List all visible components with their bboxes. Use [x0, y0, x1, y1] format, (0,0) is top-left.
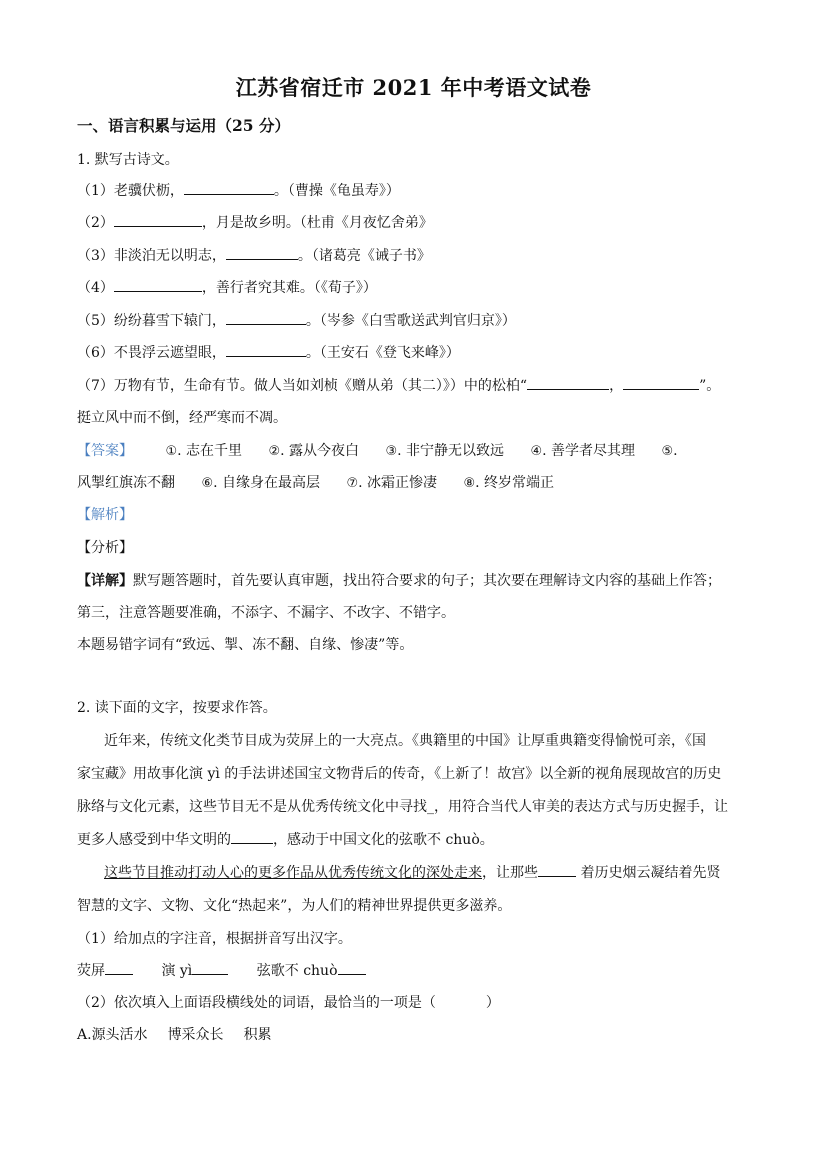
underlined-sentence: 这些节目推动打动人心的更多作品从优秀传统文化的深处走来	[104, 865, 482, 881]
detail-line-3: 本题易错字词有“致远、掣、冻不翻、自缘、惨凄”等。	[77, 634, 413, 654]
item-post: 。（岑参《白雪歌送武判官归京》）	[306, 313, 516, 329]
item-pre: （2）	[77, 215, 114, 231]
q1-item-6: （6）不畏浮云遮望眼，。（王安石《登飞来峰》）	[77, 342, 460, 362]
fill-blank	[527, 375, 609, 390]
passage-line: 近年来，传统文化类节目成为荧屏上的一大亮点。《典籍里的中国》让厚重典籍变得愉悦可…	[104, 730, 706, 750]
answer-line-2: 风掣红旗冻不翻 ⑥. 自缘身在最高层 ⑦. 冰霜正惨凄 ⑧. 终岁常端正	[77, 472, 554, 492]
item-post: 。（曹操《龟虽寿》）	[274, 183, 400, 199]
item-post: ，善行者究其难。（《荀子》）	[202, 280, 377, 296]
item-post: 。（王安石《登飞来峰》）	[306, 345, 460, 361]
answer-label: 【答案】	[77, 443, 133, 459]
fill-blank	[538, 862, 576, 877]
fill-blank	[231, 829, 273, 844]
analysis-label: 【解析】	[77, 504, 133, 524]
answer-item-lead: 风掣红旗冻不翻	[77, 475, 175, 491]
fill-blank	[105, 960, 133, 975]
answer-item: ⑥. 自缘身在最高层	[201, 475, 320, 491]
sub-question-2: （2）依次填入上面语段横线处的词语，最恰当的一项是（）	[77, 992, 500, 1012]
item-post: ，月是故乡明。（杜甫《月夜忆舍弟》	[202, 215, 433, 231]
fill-blank	[338, 960, 366, 975]
q1-item-3: （3）非淡泊无以明志，。（诸葛亮《诫子书》	[77, 245, 431, 265]
passage-line: 家宝藏》用故事化演 yì 的手法讲述国宝文物背后的传奇，《上新了！故宫》以全新的…	[77, 763, 721, 783]
sub-question-1: （1）给加点的字注音，根据拼音写出汉字。	[77, 928, 352, 948]
passage-line: 更多人感受到中华文明的，感动于中国文化的弦歌不 chuò。	[77, 829, 494, 849]
item-pre: （3）非淡泊无以明志，	[77, 248, 226, 264]
answer-line-1: 【答案】 ①. 志在千里 ②. 露从今夜白 ③. 非宁静无以致远 ④. 善学者尽…	[77, 440, 678, 460]
detail-line-2: 第三，注意答题要准确，不添字、不漏字、不改字、不错字。	[77, 602, 455, 622]
q1-item-5: （5）纷纷暮雪下辕门，。（岑参《白雪歌送武判官归京》）	[77, 310, 516, 330]
question-2-stem: 2. 读下面的文字，按要求作答。	[77, 697, 277, 717]
item-pre: （4）	[77, 280, 114, 296]
fill-blank	[114, 277, 202, 292]
answer-item: ⑤.	[662, 443, 678, 459]
q1-item-7-line2: 挺立风中而不倒，经严寒而不凋。	[77, 407, 287, 427]
fill-blank	[226, 342, 306, 357]
detail-line-1: 【详解】默写题答题时，首先要认真审题，找出符合要求的句子；其次要在理解诗文内容的…	[77, 570, 721, 590]
option-a: A.源头活水博采众长积累	[77, 1024, 272, 1044]
fill-blank	[192, 960, 228, 975]
q1-item-7: （7）万物有节，生命有节。做人当如刘桢《赠从弟（其二）》）中的松柏“，”。	[77, 375, 720, 395]
answer-item: ①. 志在千里	[165, 443, 242, 459]
page-title: 江苏省宿迁市 2021 年中考语文试卷	[0, 72, 827, 102]
item-pre: （6）不畏浮云遮望眼，	[77, 345, 226, 361]
item-post: 。（诸葛亮《诫子书》	[298, 248, 431, 264]
passage-line: 脉络与文化元素，这些节目无不是从优秀传统文化中寻找_，用符合当代人审美的表达方式…	[77, 796, 728, 816]
passage-line: 智慧的文字、文物、文化“热起来”，为人们的精神世界提供更多滋养。	[77, 895, 511, 915]
item-mid: ，	[609, 378, 623, 394]
passage-line: 这些节目推动打动人心的更多作品从优秀传统文化的深处走来，让那些 着历史烟云凝结着…	[104, 862, 720, 882]
answer-item: ③. 非宁静无以致远	[385, 443, 504, 459]
item-pre: （1）老骥伏枥，	[77, 183, 184, 199]
answer-item: ②. 露从今夜白	[268, 443, 359, 459]
fill-blank	[114, 212, 202, 227]
answer-item: ⑦. 冰霜正惨凄	[346, 475, 437, 491]
item-pre: （7）万物有节，生命有节。做人当如刘桢《赠从弟（其二）》）中的松柏“	[77, 378, 527, 394]
item-pre: （5）纷纷暮雪下辕门，	[77, 313, 226, 329]
fenxi-label: 【分析】	[77, 537, 133, 557]
question-1-stem: 1. 默写古诗文。	[77, 149, 179, 169]
fill-blank	[184, 180, 274, 195]
detail-text: 默写题答题时，首先要认真审题，找出符合要求的句子；其次要在理解诗文内容的基础上作…	[133, 573, 721, 589]
q1-item-1: （1）老骥伏枥，。（曹操《龟虽寿》）	[77, 180, 400, 200]
fill-blank	[226, 310, 306, 325]
section-heading: 一、语言积累与运用（25 分）	[77, 114, 290, 136]
q1-item-2: （2），月是故乡明。（杜甫《月夜忆舍弟》	[77, 212, 433, 232]
item-post: ”。	[699, 378, 720, 394]
fill-blank	[226, 245, 298, 260]
pinyin-row: 荧屏 演 yì 弦歌不 chuò	[77, 960, 366, 980]
answer-item: ⑧. 终岁常端正	[463, 475, 554, 491]
fill-blank	[623, 375, 699, 390]
q1-item-4: （4），善行者究其难。（《荀子》）	[77, 277, 377, 297]
answer-item: ④. 善学者尽其理	[531, 443, 636, 459]
detail-label: 【详解】	[77, 573, 133, 589]
